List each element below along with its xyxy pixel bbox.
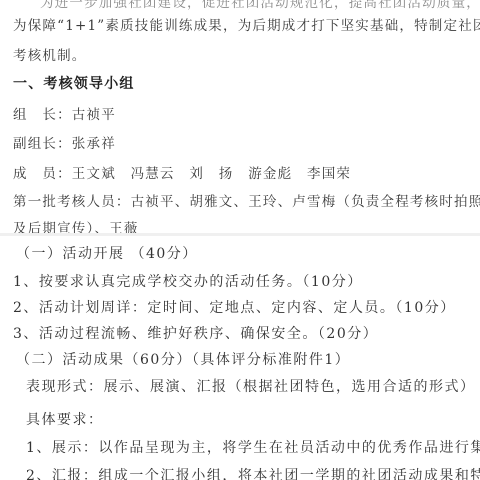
group-members: 成 员：王文斌 冯慧云 刘 扬 游金彪 李国荣 (13, 162, 351, 182)
criteria-item-3: 3、活动过程流畅、维护好秩序、确保安全。（20分） (13, 323, 378, 343)
section-heading-leadership-group: 一、考核领导小组 (13, 73, 135, 93)
subsection-activity-development: （一）活动开展 （40分） (16, 243, 198, 263)
presentation-forms: 表现形式：展示、展演、汇报（根据社团特色，选用合适的形式） (26, 376, 476, 396)
image-separator (0, 233, 480, 236)
subsection-activity-results: （二）活动成果（60分）（具体评分标准附件1） (16, 349, 350, 369)
group-leader: 组 长：古祯平 (13, 103, 116, 123)
document-page: 为进一步加强社团建设，促进社团活动规范化，提高社团活动质量， 为保障“1+1”素… (0, 0, 480, 480)
criteria-item-2: 2、活动计划周详：定时间、定地点、定内容、定人员。（10分） (13, 297, 456, 317)
requirements-heading: 具体要求： (26, 409, 104, 429)
first-batch-assessors-line-1: 第一批考核人员：古祯平、胡雅文、王玲、卢雪梅（负责全程考核时拍照、录像 (13, 190, 480, 210)
criteria-item-1: 1、按要求认真完成学校交办的活动任务。（10分） (13, 271, 363, 291)
intro-paragraph-line-2: 考核机制。 (13, 44, 87, 64)
cut-off-text-line: 为进一步加强社团建设，促进社团活动规范化，提高社团活动质量， (40, 0, 480, 11)
requirement-1-display: 1、展示：以作品呈现为主，将学生在社员活动中的优秀作品进行集中展示。 (26, 437, 480, 457)
intro-paragraph-line-1: 为保障“1+1”素质技能训练成果，为后期成才打下坚实基础，特制定社团活动 (13, 14, 480, 34)
deputy-group-leader: 副组长：张承祥 (13, 132, 116, 152)
requirement-2-report: 2、汇报：组成一个汇报小组，将本社团一学期的社团活动成果和特色对考核 (26, 465, 480, 480)
